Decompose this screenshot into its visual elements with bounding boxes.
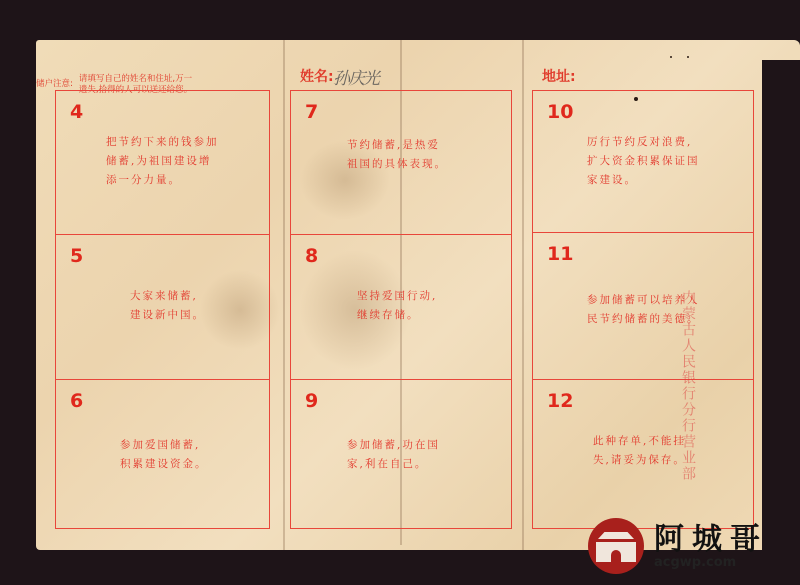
watermark-logo: 阿城哥 acgwp.com — [588, 518, 768, 574]
bank-stamp: 内蒙古人民银行分行营业部 — [676, 290, 698, 482]
cell-11: 11 参加储蓄可以培养人 民节约储蓄的美德。 — [533, 232, 753, 380]
cell-number: 6 — [70, 390, 83, 412]
panel-middle: 7 节约储蓄,是热爱 祖国的具体表现。 8 坚持爱国行动, 继续存储。 9 参加… — [290, 90, 512, 529]
cell-number: 5 — [70, 245, 83, 267]
address-label: 地址: — [542, 66, 576, 86]
cell-number: 4 — [70, 101, 83, 123]
cell-12: 12 此种存单,不能挂 失,请妥为保存。 — [533, 379, 753, 528]
cell-slogan: 大家来储蓄, 建设新中国。 — [130, 287, 205, 325]
fold-crease — [283, 40, 285, 550]
panel-right: 10 厉行节约反对浪费, 扩大资金积累保证国 家建设。 11 参加储蓄可以培养人… — [532, 90, 754, 529]
cell-10: 10 厉行节约反对浪费, 扩大资金积累保证国 家建设。 — [533, 91, 753, 232]
cell-6: 6 参加爱国储蓄, 积累建设资金。 — [56, 379, 269, 528]
gate-tower-icon — [588, 518, 644, 574]
name-handwritten-value: 孙庆光 — [333, 64, 378, 89]
pin-hole — [670, 56, 672, 58]
cell-number: 7 — [305, 101, 318, 123]
cell-4: 4 把节约下来的钱参加 储蓄,为祖国建设增 添一分力量。 — [56, 91, 269, 234]
background-edge — [762, 60, 800, 585]
cell-slogan: 坚持爱国行动, 继续存储。 — [357, 287, 437, 325]
cell-number: 8 — [305, 245, 318, 267]
cell-slogan: 此种存单,不能挂 失,请妥为保存。 — [593, 432, 686, 470]
panel-left: 4 把节约下来的钱参加 储蓄,为祖国建设增 添一分力量。 5 大家来储蓄, 建设… — [55, 90, 270, 529]
cell-slogan: 把节约下来的钱参加 储蓄,为祖国建设增 添一分力量。 — [106, 133, 219, 190]
name-label: 姓名: — [300, 66, 334, 86]
cell-5: 5 大家来储蓄, 建设新中国。 — [56, 234, 269, 380]
cell-number: 10 — [547, 101, 573, 123]
fold-crease — [522, 40, 524, 550]
cell-number: 12 — [547, 390, 573, 412]
cell-7: 7 节约储蓄,是热爱 祖国的具体表现。 — [291, 91, 511, 234]
watermark-brand: 阿城哥 — [654, 523, 768, 557]
cell-9: 9 参加储蓄,功在国 家,利在自己。 — [291, 379, 511, 528]
cell-slogan: 厉行节约反对浪费, 扩大资金积累保证国 家建设。 — [587, 133, 700, 190]
cell-slogan: 参加储蓄,功在国 家,利在自己。 — [347, 436, 440, 474]
cell-number: 11 — [547, 243, 573, 265]
cell-slogan: 节约储蓄,是热爱 祖国的具体表现。 — [347, 136, 447, 174]
cell-number: 9 — [305, 390, 318, 412]
watermark-url: acgwp.com — [654, 555, 768, 570]
cell-8: 8 坚持爱国行动, 继续存储。 — [291, 234, 511, 380]
pin-hole — [687, 56, 689, 58]
cell-slogan: 参加爱国储蓄, 积累建设资金。 — [120, 436, 208, 474]
